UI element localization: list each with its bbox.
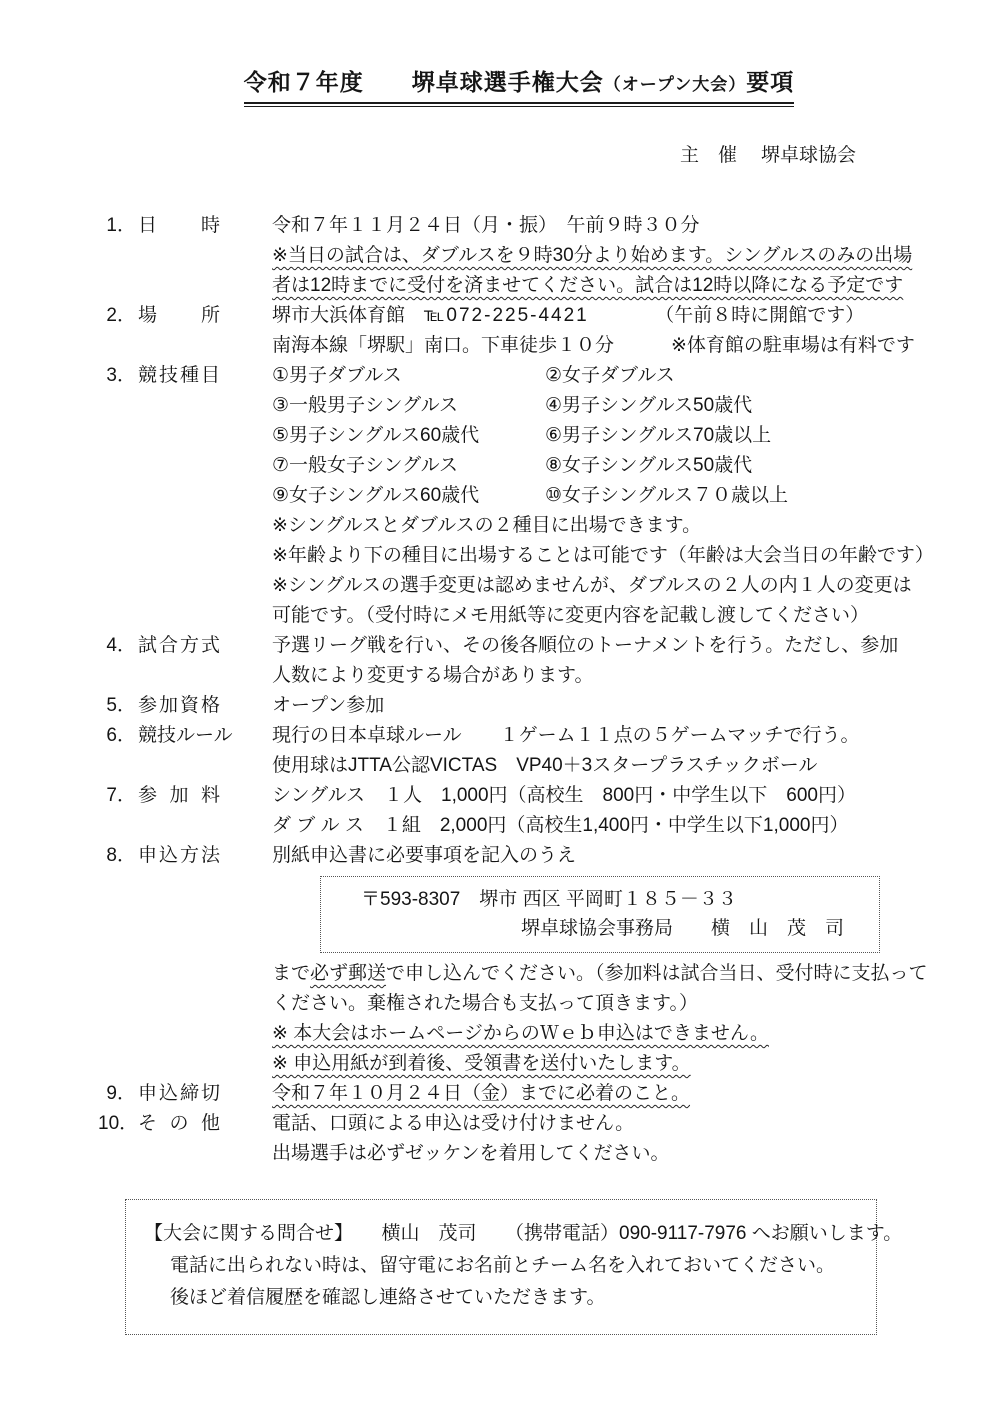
contact-info-box: 【大会に関する問合せ】 横山 茂司 （携帯電話）090-9117-7976 へお…	[125, 1199, 877, 1335]
event-item: ⑤男子シングルス60歳代	[272, 421, 545, 451]
item-other-body: 電話、口頭による申込は受け付けません。 出場選手は必ずゼッケンを着用してください…	[272, 1109, 940, 1169]
event-item: ⑦一般女子シングルス	[272, 451, 545, 481]
item-date: 1． 日時 令和７年１１月２４日（月・振） 午前９時３０分 ※当日の試合は、ダブ…	[98, 211, 940, 301]
format-line-2: 人数により変更する場合があります。	[272, 661, 940, 691]
item-number: 3．	[98, 361, 136, 391]
events-note-1: ※シングルスとダブルスの２種目に出場できます。	[272, 511, 940, 541]
item-application-head: 8． 申込方法	[98, 841, 272, 871]
item-number: 8．	[98, 841, 136, 871]
item-events-head: 3． 競技種目	[98, 361, 272, 391]
other-line-1: 電話、口頭による申込は受け付けません。	[272, 1109, 940, 1139]
application-post-pre: まで	[272, 963, 310, 984]
format-line-1: 予選リーグ戦を行い、その後各順位のトーナメントを行う。ただし、参加	[272, 631, 940, 661]
event-item: ⑧女子シングルス50歳代	[545, 451, 752, 481]
item-date-body: 令和７年１１月２４日（月・振） 午前９時３０分 ※当日の試合は、ダブルスを９時3…	[272, 211, 940, 301]
item-label: 日時	[138, 211, 220, 241]
item-number: 2．	[98, 301, 136, 331]
contact-line-2: 電話に出られない時は、留守電にお名前とチーム名を入れておいてください。	[144, 1250, 860, 1282]
mailing-recipient-line: 堺卓球協会事務局 横 山 茂 司	[321, 914, 879, 943]
item-venue-body: 堺市大浜体育館 ℡072-225-4421 （午前８時に開館です） 南海本線「堺…	[272, 301, 940, 361]
event-item: ④男子シングルス50歳代	[545, 391, 752, 421]
item-deadline-head: 9． 申込締切	[98, 1079, 272, 1109]
event-item: ⑥男子シングルス70歳以上	[545, 421, 771, 451]
item-label: 参加料	[138, 781, 220, 811]
event-item: ⑩女子シングルス７０歳以上	[545, 481, 788, 511]
item-number: 7．	[98, 781, 136, 811]
organizer-label: 主 催	[680, 145, 737, 166]
date-main-line: 令和７年１１月２４日（月・振） 午前９時３０分	[272, 211, 940, 241]
other-line-2: 出場選手は必ずゼッケンを着用してください。	[272, 1139, 940, 1169]
item-label: 競技種目	[138, 361, 220, 391]
event-item: ⑨女子シングルス60歳代	[272, 481, 545, 511]
fee-doubles-line: ダ ブ ル ス １組 2,000円（高校生1,400円・中学生以下1,000円）	[272, 811, 940, 841]
mailing-address-line: 〒593-8307 堺市 西区 平岡町１８５－３３	[321, 885, 879, 914]
rules-line-1: 現行の日本卓球ルール １ゲーム１１点の５ゲームマッチで行う。	[272, 721, 940, 751]
item-date-head: 1． 日時	[98, 211, 272, 241]
event-row: ①男子ダブルス ②女子ダブルス	[272, 361, 940, 391]
item-label: 申込締切	[138, 1079, 220, 1109]
event-row: ⑤男子シングルス60歳代 ⑥男子シングルス70歳以上	[272, 421, 940, 451]
item-venue: 2． 場所 堺市大浜体育館 ℡072-225-4421 （午前８時に開館です） …	[98, 301, 940, 361]
item-rules: 6． 競技ルール 現行の日本卓球ルール １ゲーム１１点の５ゲームマッチで行う。 …	[98, 721, 940, 781]
event-item: ②女子ダブルス	[545, 361, 675, 391]
item-deadline-body: 令和７年１０月２４日（金）までに必着のこと。	[272, 1079, 940, 1109]
item-number: 4．	[98, 631, 136, 661]
item-eligibility: 5． 参加資格 オープン参加	[98, 691, 940, 721]
page-title: 令和７年度 堺卓球選手権大会（オープン大会）要項	[244, 64, 794, 104]
date-note-line-1: ※当日の試合は、ダブルスを９時30分より始めます。シングルスのみの出場	[272, 245, 912, 266]
application-post-emphasis: 必ず郵送	[310, 963, 386, 984]
item-label: 参加資格	[138, 691, 220, 721]
date-note-line-2: 者は12時までに受付を済ませてください。試合は12時以降になる予定です	[272, 275, 903, 296]
event-row: ⑨女子シングルス60歳代 ⑩女子シングルス７０歳以上	[272, 481, 940, 511]
events-note-2: ※年齢より下の種目に出場することは可能です（年齢は大会当日の年齢です）	[272, 541, 940, 571]
event-row: ③一般男子シングルス ④男子シングルス50歳代	[272, 391, 940, 421]
mailing-address-box: 〒593-8307 堺市 西区 平岡町１８５－３３ 堺卓球協会事務局 横 山 茂…	[320, 876, 880, 953]
item-venue-head: 2． 場所	[98, 301, 272, 331]
organizer-name: 堺卓球協会	[761, 145, 856, 166]
item-fee-head: 7． 参加料	[98, 781, 272, 811]
item-label: 競技ルール	[138, 721, 220, 751]
events-note-4: 可能です。（受付時にメモ用紙等に変更内容を記載し渡してください）	[272, 601, 940, 631]
scanned-document-page: 令和７年度 堺卓球選手権大会（オープン大会）要項 主 催堺卓球協会 1． 日時 …	[0, 0, 1000, 1417]
item-number: 5．	[98, 691, 136, 721]
item-events: 3． 競技種目 ①男子ダブルス ②女子ダブルス ③一般男子シングルス ④男子シン…	[98, 361, 940, 631]
deadline-line: 令和７年１０月２４日（金）までに必着のこと。	[272, 1083, 690, 1104]
event-item: ①男子ダブルス	[272, 361, 545, 391]
event-item: ③一般男子シングルス	[272, 391, 545, 421]
application-post-rest: で申し込んでください。（参加料は試合当日、受付時に支払って	[386, 963, 928, 984]
title-row: 令和７年度 堺卓球選手権大会（オープン大会）要項	[98, 64, 940, 104]
contact-line-1: 【大会に関する問合せ】 横山 茂司 （携帯電話）090-9117-7976 へお…	[144, 1218, 860, 1250]
venue-open-note: （午前８時に開館です）	[589, 305, 865, 326]
item-eligibility-head: 5． 参加資格	[98, 691, 272, 721]
item-other: 10． その他 電話、口頭による申込は受け付けません。 出場選手は必ずゼッケンを…	[98, 1109, 940, 1169]
item-number: 6．	[98, 721, 136, 751]
item-deadline: 9． 申込締切 令和７年１０月２４日（金）までに必着のこと。	[98, 1079, 940, 1109]
item-eligibility-body: オープン参加	[272, 691, 940, 721]
item-fee: 7． 参加料 シングルス １人 1,000円（高校生 800円・中学生以下 60…	[98, 781, 940, 841]
organizer-line: 主 催堺卓球協会	[98, 140, 940, 167]
fee-singles-line: シングルス １人 1,000円（高校生 800円・中学生以下 600円）	[272, 781, 940, 811]
application-intro-line: 別紙申込書に必要事項を記入のうえ	[272, 841, 940, 871]
application-payment-line: ください。棄権された場合も支払って頂きます。）	[272, 989, 940, 1019]
title-open-note: （オープン大会）	[604, 75, 746, 94]
contact-line-3: 後ほど着信履歴を確認し連絡させていただきます。	[144, 1282, 860, 1314]
item-label: 申込方法	[138, 841, 220, 871]
item-fee-body: シングルス １人 1,000円（高校生 800円・中学生以下 600円） ダ ブ…	[272, 781, 940, 841]
events-note-3: ※シングルスの選手変更は認めませんが、ダブルスの２人の内１人の変更は	[272, 571, 940, 601]
application-note-receipt: ※ 申込用紙が到着後、受領書を送付いたします。	[272, 1053, 691, 1074]
application-note-web: ※ 本大会はホームページからのＷｅｂ申込はできません。	[272, 1023, 769, 1044]
item-application: 8． 申込方法 別紙申込書に必要事項を記入のうえ 〒593-8307 堺市 西区…	[98, 841, 940, 1079]
event-row: ⑦一般女子シングルス ⑧女子シングルス50歳代	[272, 451, 940, 481]
item-number: 9．	[98, 1079, 136, 1109]
title-suffix: 要項	[746, 69, 794, 95]
venue-name: 堺市大浜体育館	[272, 305, 424, 326]
item-label: 場所	[138, 301, 220, 331]
item-format-body: 予選リーグ戦を行い、その後各順位のトーナメントを行う。ただし、参加 人数により変…	[272, 631, 940, 691]
item-rules-body: 現行の日本卓球ルール １ゲーム１１点の５ゲームマッチで行う。 使用球はJTTA公…	[272, 721, 940, 781]
item-number: 1．	[98, 211, 136, 241]
item-rules-head: 6． 競技ルール	[98, 721, 272, 751]
item-format-head: 4． 試合方式	[98, 631, 272, 661]
venue-phone: ℡072-225-4421	[424, 305, 589, 326]
item-application-body: 別紙申込書に必要事項を記入のうえ 〒593-8307 堺市 西区 平岡町１８５－…	[272, 841, 940, 1079]
rules-line-2: 使用球はJTTA公認VICTAS VP40＋3スタープラスチックボール	[272, 751, 940, 781]
item-number: 10．	[98, 1109, 136, 1139]
title-year-event: 令和７年度 堺卓球選手権大会	[244, 69, 604, 95]
item-format: 4． 試合方式 予選リーグ戦を行い、その後各順位のトーナメントを行う。ただし、参…	[98, 631, 940, 691]
venue-access-line: 南海本線「堺駅」南口。下車徒歩１０分 ※体育館の駐車場は有料です	[272, 331, 940, 361]
item-label: 試合方式	[138, 631, 220, 661]
item-other-head: 10． その他	[98, 1109, 272, 1139]
eligibility-line: オープン参加	[272, 691, 940, 721]
item-label: その他	[138, 1109, 220, 1139]
item-events-body: ①男子ダブルス ②女子ダブルス ③一般男子シングルス ④男子シングルス50歳代 …	[272, 361, 940, 631]
